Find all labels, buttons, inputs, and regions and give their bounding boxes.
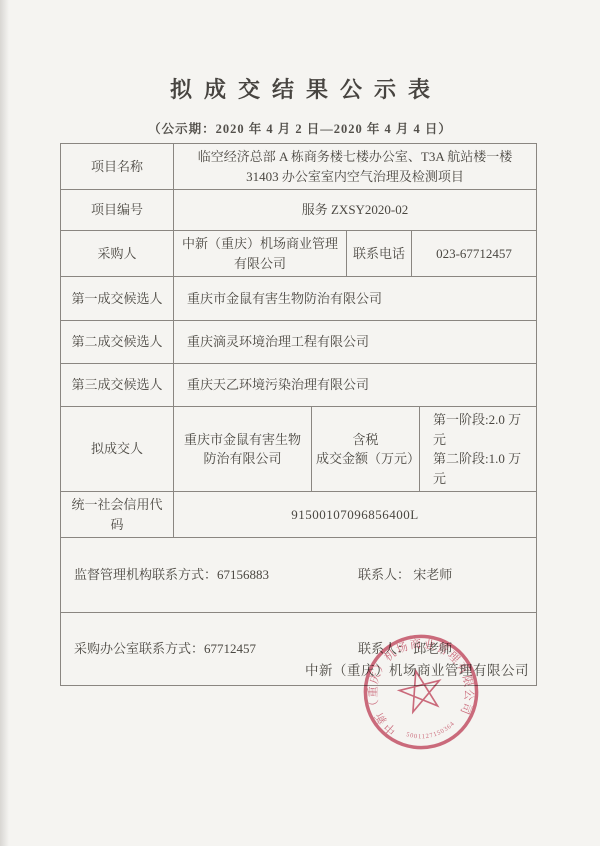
publicity-period: （公示期：2020 年 4 月 2 日—2020 年 4 月 4 日） xyxy=(0,119,600,137)
winner-amount-phase1: 第一阶段:2.0 万元 xyxy=(433,410,528,449)
table-row-candidate-1: 第一成交候选人 重庆市金鼠有害生物防治有限公司 xyxy=(61,277,536,321)
candidate-1-label: 第一成交候选人 xyxy=(61,277,173,320)
supervisor-person: 联系人： 宋老师 xyxy=(358,565,452,585)
winner-amount-label-line1: 含税 xyxy=(352,430,378,450)
table-row-supervisor-contact: 监督管理机构联系方式： 67156883 联系人： 宋老师 xyxy=(61,538,536,613)
winner-label: 拟成交人 xyxy=(61,407,173,491)
winner-amount-phase2: 第二阶段:1.0 万元 xyxy=(433,449,528,488)
purchase-office-person: 联系人： 邱老师 xyxy=(358,639,452,659)
supervisor-contact-label: 监督管理机构联系方式： xyxy=(74,565,217,585)
supervisor-phone: 67156883 xyxy=(217,565,269,585)
purchase-office-contact-label: 采购办公室联系方式： xyxy=(74,639,204,659)
table-row-project-no: 项目编号 服务 ZXSY2020-02 xyxy=(61,190,536,231)
table-row-purchaser: 采购人 中新（重庆）机场商业管理有限公司 联系电话 023-67712457 xyxy=(61,231,536,277)
project-name-value: 临空经济总部 A 栋商务楼七楼办公室、T3A 航站楼一楼 31403 办公室室内… xyxy=(173,144,536,189)
scan-page-edge xyxy=(0,0,9,846)
credit-code-value: 91500107096856400L xyxy=(173,492,536,537)
purchaser-label: 采购人 xyxy=(61,231,173,276)
project-no-value: 服务 ZXSY2020-02 xyxy=(173,190,536,230)
seal-number-text: 5001127150364 xyxy=(404,719,459,745)
purchaser-phone-value: 023-67712457 xyxy=(411,231,536,276)
table-row-candidate-2: 第二成交候选人 重庆滴灵环境治理工程有限公司 xyxy=(61,321,536,364)
purchaser-phone-label: 联系电话 xyxy=(346,231,411,276)
purchase-office-phone: 67712457 xyxy=(204,639,256,659)
page-title: 拟成交结果公示表 xyxy=(0,0,600,104)
result-table: 项目名称 临空经济总部 A 栋商务楼七楼办公室、T3A 航站楼一楼 31403 … xyxy=(60,143,537,686)
candidate-1-value: 重庆市金鼠有害生物防治有限公司 xyxy=(173,277,536,320)
table-row-credit-code: 统一社会信用代码 91500107096856400L xyxy=(61,492,536,538)
purchase-office-person-label: 联系人： xyxy=(358,641,410,656)
project-name-label: 项目名称 xyxy=(61,144,173,189)
credit-code-label: 统一社会信用代码 xyxy=(61,492,173,537)
table-row-candidate-3: 第三成交候选人 重庆天乙环境污染治理有限公司 xyxy=(61,364,536,407)
winner-company: 重庆市金鼠有害生物防治有限公司 xyxy=(173,407,311,491)
winner-amount-values: 第一阶段:2.0 万元 第二阶段:1.0 万元 xyxy=(419,407,536,491)
table-row-winner: 拟成交人 重庆市金鼠有害生物防治有限公司 含税 成交金额（万元） 第一阶段:2.… xyxy=(61,407,536,492)
purchase-office-person-name: 邱老师 xyxy=(413,641,452,656)
winner-amount-label-line2: 成交金额（万元） xyxy=(316,449,415,469)
candidate-2-value: 重庆滴灵环境治理工程有限公司 xyxy=(173,321,536,363)
supervisor-person-label: 联系人： xyxy=(358,567,410,582)
project-no-label: 项目编号 xyxy=(61,190,173,230)
signature-company: 中新（重庆）机场商业管理有限公司 xyxy=(60,659,537,679)
supervisor-contact-cell: 监督管理机构联系方式： 67156883 联系人： 宋老师 xyxy=(61,538,536,612)
candidate-3-label: 第三成交候选人 xyxy=(61,364,173,406)
purchaser-company: 中新（重庆）机场商业管理有限公司 xyxy=(173,231,346,276)
table-row-project-name: 项目名称 临空经济总部 A 栋商务楼七楼办公室、T3A 航站楼一楼 31403 … xyxy=(61,144,536,190)
candidate-3-value: 重庆天乙环境污染治理有限公司 xyxy=(173,364,536,406)
candidate-2-label: 第二成交候选人 xyxy=(61,321,173,363)
supervisor-person-name: 宋老师 xyxy=(413,567,452,582)
winner-amount-label: 含税 成交金额（万元） xyxy=(311,407,419,491)
